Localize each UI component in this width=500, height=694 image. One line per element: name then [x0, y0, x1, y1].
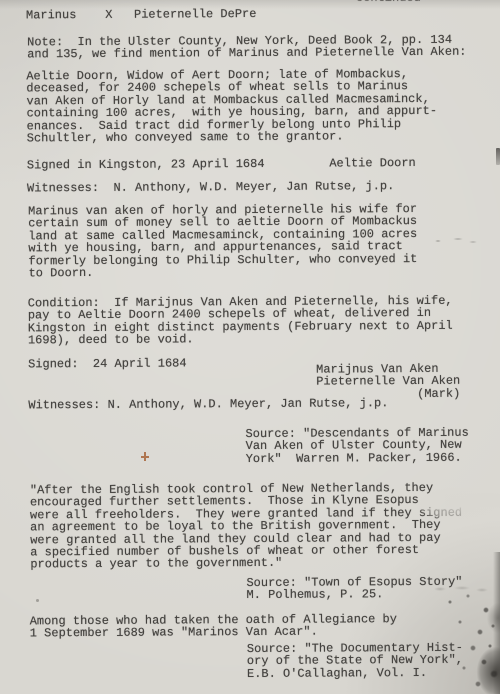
- oath-paragraph: Among those who had taken the oath of Al…: [30, 613, 397, 640]
- deed-aeltie-paragraph: Aeltie Doorn, Widow of Aert Doorn; late …: [26, 68, 437, 145]
- scanned-document-page: continued Marinus X Pieternelle DePre No…: [0, 0, 500, 694]
- ink-dot-artifact: [36, 599, 39, 602]
- condition-paragraph: Condition: If Marijnus Van Aken and Piet…: [28, 295, 453, 347]
- esopus-quote-paragraph: "After the English took control of New N…: [30, 482, 463, 571]
- ink-plus-mark: [141, 452, 149, 461]
- scan-edge-tick-artifact: [496, 148, 500, 165]
- deed-marinus-paragraph: Marinus van aken of horly and pieternell…: [28, 203, 417, 280]
- scan-smudge-artifact: [428, 236, 480, 246]
- signed-kingston-line: Signed in Kingston, 23 April 1684 Aeltie…: [27, 157, 416, 172]
- witnesses-line-2: Witnesses: N. Anthony, W.D. Meyer, Jan R…: [28, 397, 388, 412]
- scan-speckle-artifact: [438, 588, 500, 694]
- note-paragraph: Note: In the Ulster County, New York, De…: [27, 34, 466, 61]
- heading-names: Marinus X Pieternelle DePre: [26, 8, 257, 22]
- signature-block: Marijnus Van Aken Pieternelle Van Aken (…: [316, 363, 460, 401]
- ink-plus-mark-horizontal: [141, 456, 149, 458]
- document-content: Marinus X Pieternelle DePre Note: In the…: [0, 0, 500, 694]
- signed-date-line: Signed: 24 April 1684: [28, 357, 187, 370]
- witnesses-line-1: Witnesses: N. Anthony, W.D. Meyer, Jan R…: [27, 180, 394, 195]
- source-packer-block: Source: "Descendants of Marinus Van Aken…: [245, 427, 468, 466]
- source-ocallaghan-block: Source: "The Documentary Hist- ory of th…: [247, 642, 463, 681]
